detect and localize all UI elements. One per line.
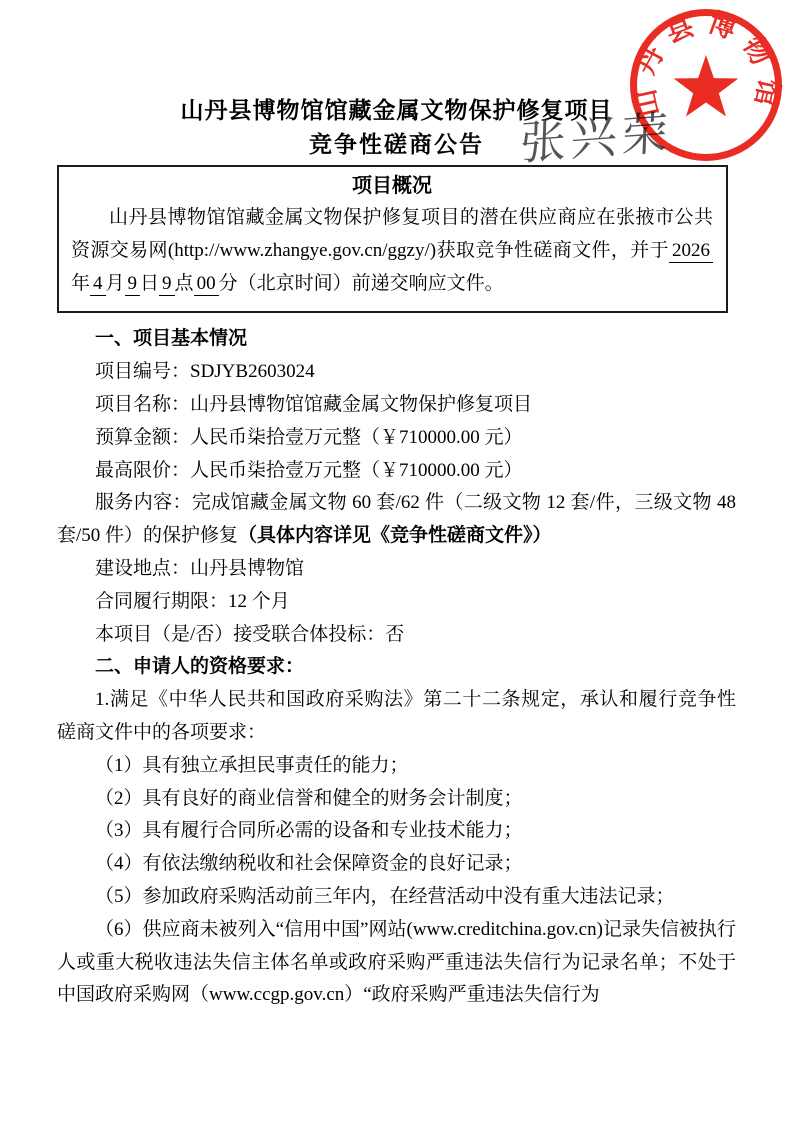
qualification-item-5: （5）参加政府采购活动前三年内，在经营活动中没有重大违法记录；	[57, 881, 736, 914]
qualification-item-6: （6）供应商未被列入“信用中国”网站(www.creditchina.gov.c…	[57, 914, 736, 1012]
qualification-item-2: （2）具有良好的商业信誉和健全的财务会计制度；	[57, 783, 736, 816]
qualification-item-3: （3）具有履行合同所必需的设备和专业技术能力；	[57, 815, 736, 848]
contract-period-line: 合同履行期限：12 个月	[57, 586, 736, 619]
overview-heading: 项目概况	[71, 171, 713, 202]
overview-paragraph: 山丹县博物馆馆藏金属文物保护修复项目的潜在供应商应在张掖市公共资源交易网(htt…	[71, 202, 713, 300]
max-price-line: 最高限价：人民币柒拾壹万元整（￥710000.00 元）	[57, 455, 736, 488]
project-name-line: 项目名称：山丹县博物馆馆藏金属文物保护修复项目	[57, 389, 736, 422]
deadline-underlined-value: 4	[90, 273, 106, 296]
deadline-underlined-value: 2026	[669, 240, 713, 263]
budget-line: 预算金额：人民币柒拾壹万元整（￥710000.00 元）	[57, 422, 736, 455]
overview-text-run: 点	[175, 273, 194, 294]
service-content-line: 服务内容：完成馆藏金属文物 60 套/62 件（二级文物 12 套/件，三级文物…	[57, 487, 736, 553]
section-heading-1: 一、项目基本情况	[57, 323, 736, 356]
overview-text-run: 月	[106, 273, 125, 294]
section-heading-2: 二、申请人的资格要求：	[57, 651, 736, 684]
document-body: 一、项目基本情况项目编号：SDJYB2603024项目名称：山丹县博物馆馆藏金属…	[57, 323, 736, 1012]
project-number-line: 项目编号：SDJYB2603024	[57, 356, 736, 389]
qualification-intro-line: 1.满足《中华人民共和国政府采购法》第二十二条规定，承认和履行竞争性磋商文件中的…	[57, 684, 736, 750]
deadline-underlined-value: 00	[194, 273, 219, 296]
deadline-underlined-value: 9	[159, 273, 175, 296]
overview-text-run: 山丹县博物馆馆藏金属文物保护修复项目的潜在供应商应在张掖市公共资源交易网(htt…	[71, 207, 713, 261]
project-overview-box: 项目概况 山丹县博物馆馆藏金属文物保护修复项目的潜在供应商应在张掖市公共资源交易…	[57, 165, 728, 313]
qualification-item-4: （4）有依法缴纳税收和社会保障资金的良好记录；	[57, 848, 736, 881]
page-subtitle: 竞争性磋商公告	[0, 128, 793, 161]
overview-text-run: 日	[140, 273, 159, 294]
document-page: 山丹县博物馆 张兴荣 山丹县博物馆馆藏金属文物保护修复项目 竞争性磋商公告 项目…	[0, 0, 793, 1122]
title-block: 山丹县博物馆馆藏金属文物保护修复项目 竞争性磋商公告	[0, 0, 793, 161]
qualification-item-1: （1）具有独立承担民事责任的能力；	[57, 750, 736, 783]
bold-text-run: （具体内容详见《竞争性磋商文件》）	[238, 525, 552, 546]
location-line: 建设地点：山丹县博物馆	[57, 553, 736, 586]
consortium-line: 本项目（是/否）接受联合体投标：否	[57, 619, 736, 652]
deadline-underlined-value: 9	[125, 273, 141, 296]
overview-text-run: 年	[71, 273, 90, 294]
page-title: 山丹县博物馆馆藏金属文物保护修复项目	[0, 92, 793, 128]
overview-text-run: 分（北京时间）前递交响应文件。	[219, 273, 504, 294]
